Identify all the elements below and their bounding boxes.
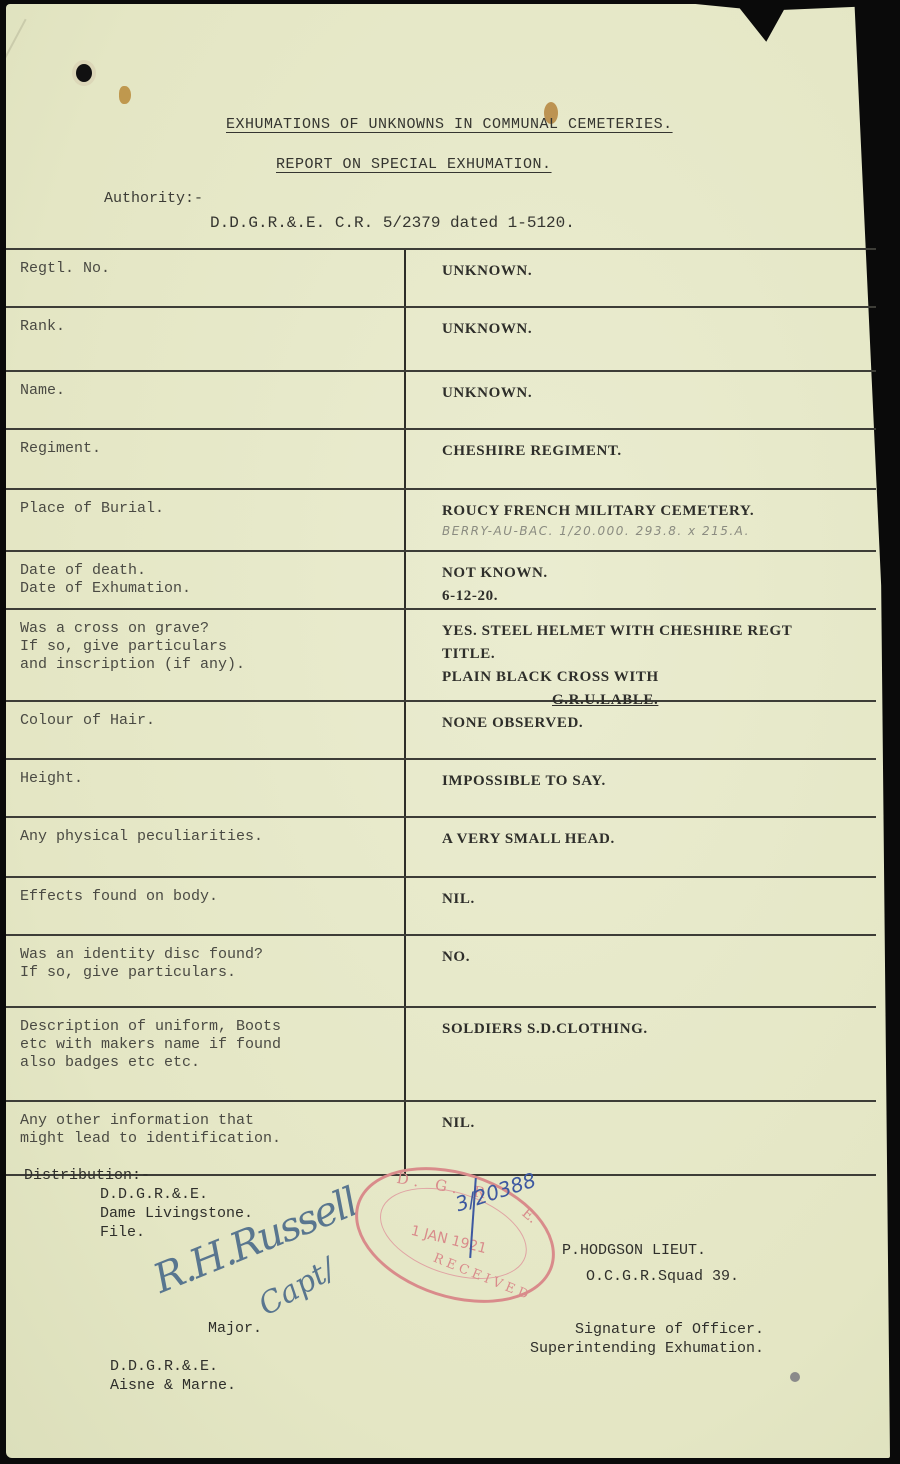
form-row-label: Regtl. No.	[6, 250, 406, 306]
form-row-label: Any other information that might lead to…	[6, 1102, 406, 1174]
form-row-value: UNKNOWN.	[406, 250, 876, 306]
form-row-value: NONE OBSERVED.	[406, 702, 876, 758]
document-subtitle: REPORT ON SPECIAL EXHUMATION.	[276, 156, 552, 173]
form-row-label: Height.	[6, 760, 406, 816]
form-row-label: Date of death. Date of Exhumation.	[6, 552, 406, 608]
form-row: Description of uniform, Boots etc with m…	[6, 1008, 876, 1102]
form-row: Regtl. No.UNKNOWN.	[6, 248, 876, 308]
document-title: EXHUMATIONS OF UNKNOWNS IN COMMUNAL CEME…	[226, 116, 673, 133]
form-row-label: Effects found on body.	[6, 878, 406, 934]
form-row: Place of Burial.ROUCY FRENCH MILITARY CE…	[6, 490, 876, 552]
form-row-value-text: ROUCY FRENCH MILITARY CEMETERY.	[442, 503, 754, 519]
form-row: Any physical peculiarities.A VERY SMALL …	[6, 818, 876, 878]
form-row-value-text: NIL.	[442, 1115, 475, 1131]
exhumation-form-table: Regtl. No.UNKNOWN.Rank.UNKNOWN.Name.UNKN…	[6, 248, 876, 1176]
officer-name: P.HODGSON LIEUT.	[562, 1238, 739, 1264]
form-row-value-text: YES. STEEL HELMET WITH CHESHIRE REGT TIT…	[442, 623, 792, 685]
form-row-value: ROUCY FRENCH MILITARY CEMETERY.BERRY-AU-…	[406, 490, 876, 550]
form-row: Regiment.CHESHIRE REGIMENT.	[6, 430, 876, 490]
form-row: Date of death. Date of Exhumation.NOT KN…	[6, 552, 876, 610]
major-office: D.D.G.R.&.E. Aisne & Marne.	[110, 1357, 262, 1395]
form-row: Name.UNKNOWN.	[6, 372, 876, 430]
form-row: Effects found on body.NIL.	[6, 878, 876, 936]
ink-dot	[790, 1372, 800, 1382]
form-row-value-text: A VERY SMALL HEAD.	[442, 831, 615, 847]
rust-stain	[119, 86, 131, 104]
form-row-value: NIL.	[406, 1102, 876, 1174]
authority-reference: D.D.G.R.&.E. C.R. 5/2379 dated 1-5120.	[210, 214, 575, 232]
form-row-value-text: SOLDIERS S.D.CLOTHING.	[442, 1021, 648, 1037]
form-row-value: SOLDIERS S.D.CLOTHING.	[406, 1008, 876, 1100]
form-row-value: NOT KNOWN. 6-12-20.	[406, 552, 876, 608]
form-row-value: YES. STEEL HELMET WITH CHESHIRE REGT TIT…	[406, 610, 876, 700]
form-row-value-text: NOT KNOWN. 6-12-20.	[442, 565, 548, 604]
form-row-value-text: NIL.	[442, 891, 475, 907]
form-row-label: Was an identity disc found? If so, give …	[6, 936, 406, 1006]
form-row-label: Any physical peculiarities.	[6, 818, 406, 876]
officer-block: P.HODGSON LIEUT. O.C.G.R.Squad 39.	[562, 1238, 739, 1290]
form-row-value-text: UNKNOWN.	[442, 321, 532, 337]
form-row: Rank.UNKNOWN.	[6, 308, 876, 372]
form-row-value-text: NONE OBSERVED.	[442, 715, 583, 731]
form-row-label: Description of uniform, Boots etc with m…	[6, 1008, 406, 1100]
handwritten-map-reference: BERRY-AU-BAC. 1/20.000. 293.8. x 215.A.	[442, 523, 876, 539]
form-row-value: NIL.	[406, 878, 876, 934]
distribution-label: Distribution:-	[24, 1166, 253, 1185]
form-row-label: Regiment.	[6, 430, 406, 488]
form-row-label: Was a cross on grave? If so, give partic…	[6, 610, 406, 700]
form-row: Height.IMPOSSIBLE TO SAY.	[6, 760, 876, 818]
form-row: Was an identity disc found? If so, give …	[6, 936, 876, 1008]
form-row-label: Rank.	[6, 308, 406, 370]
form-row-value-text: UNKNOWN.	[442, 385, 532, 401]
authority-label: Authority:-	[104, 190, 203, 207]
officer-unit: O.C.G.R.Squad 39.	[586, 1264, 739, 1290]
form-row-value: NO.	[406, 936, 876, 1006]
form-row: Was a cross on grave? If so, give partic…	[6, 610, 876, 702]
punch-hole	[76, 64, 92, 82]
major-rank: Major.	[208, 1319, 262, 1338]
form-row-value-text: NO.	[442, 949, 470, 965]
major-block: Major. D.D.G.R.&.E. Aisne & Marne.	[110, 1300, 262, 1414]
form-row-value: IMPOSSIBLE TO SAY.	[406, 760, 876, 816]
form-row-label: Place of Burial.	[6, 490, 406, 550]
form-row-value: CHESHIRE REGIMENT.	[406, 430, 876, 488]
signature-caption: Signature of Officer. Superintending Exh…	[450, 1320, 764, 1358]
form-row-value: A VERY SMALL HEAD.	[406, 818, 876, 876]
paper-crease	[0, 19, 27, 179]
form-row: Any other information that might lead to…	[6, 1102, 876, 1176]
form-row-label: Colour of Hair.	[6, 702, 406, 758]
form-row-value-text: IMPOSSIBLE TO SAY.	[442, 773, 606, 789]
form-row-value-text: UNKNOWN.	[442, 263, 532, 279]
form-row-value: UNKNOWN.	[406, 372, 876, 428]
form-row-value-text: CHESHIRE REGIMENT.	[442, 443, 622, 459]
form-row-label: Name.	[6, 372, 406, 428]
form-row-value: UNKNOWN.	[406, 308, 876, 370]
form-row: Colour of Hair.NONE OBSERVED.	[6, 702, 876, 760]
